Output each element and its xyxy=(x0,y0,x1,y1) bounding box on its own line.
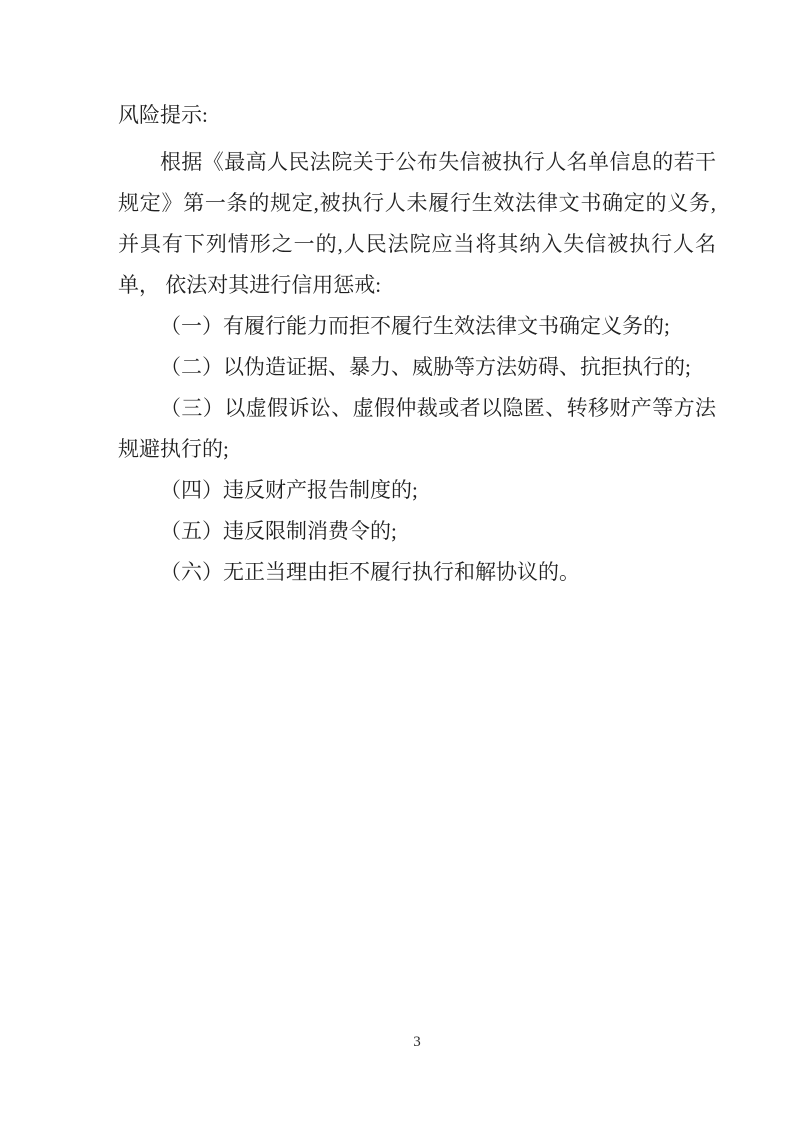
clause-item: （三）以虚假诉讼、虚假仲裁或者以隐匿、转移财产等方法规避执行的; xyxy=(118,388,716,470)
section-heading: 风险提示: xyxy=(118,95,716,136)
clause-list: （一）有履行能力而拒不履行生效法律文书确定义务的;（二）以伪造证据、暴力、威胁等… xyxy=(118,306,716,593)
page-number: 3 xyxy=(413,1034,421,1050)
clause-item: （四）违反财产报告制度的; xyxy=(118,470,716,511)
page-footer: 3 xyxy=(118,1032,716,1052)
document-page: 风险提示: 根据《最高人民法院关于公布失信被执行人名单信息的若干规定》第一条的规… xyxy=(0,0,793,1122)
clause-item: （六）无正当理由拒不履行执行和解协议的。 xyxy=(118,552,716,593)
clause-item: （一）有履行能力而拒不履行生效法律文书确定义务的; xyxy=(118,306,716,347)
clause-item: （五）违反限制消费令的; xyxy=(118,511,716,552)
intro-paragraph: 根据《最高人民法院关于公布失信被执行人名单信息的若干规定》第一条的规定,被执行人… xyxy=(118,142,716,306)
clause-item: （二）以伪造证据、暴力、威胁等方法妨碍、抗拒执行的; xyxy=(118,347,716,388)
document-content: 风险提示: 根据《最高人民法院关于公布失信被执行人名单信息的若干规定》第一条的规… xyxy=(118,95,716,593)
